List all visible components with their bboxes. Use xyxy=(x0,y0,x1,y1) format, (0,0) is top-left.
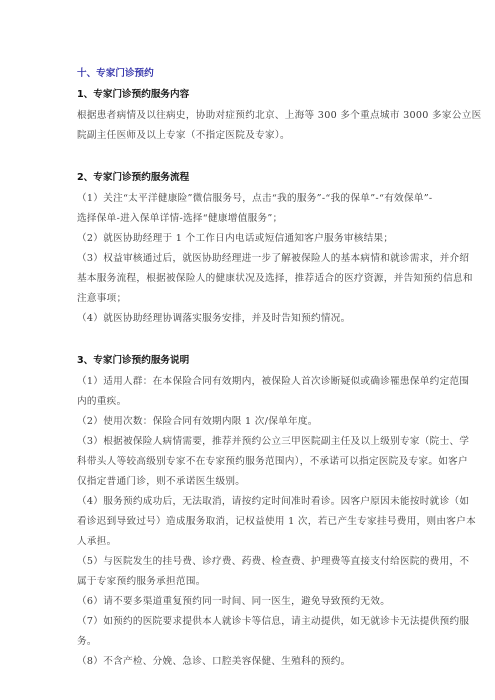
subsection-heading-service-notes: 3、专家门诊预约服务说明 xyxy=(77,350,417,372)
paragraph-line: （1）关注“太平洋健康险”微信服务号，点击“我的服务”-“我的保单”-“有效保单… xyxy=(77,189,417,209)
document-content: 十、专家门诊预约 1、专家门诊预约服务内容 根据患者病情及以往病史，协助对症预约… xyxy=(77,64,417,672)
paragraph-line: （3）根据被保险人病情需要，推荐并预约公立三甲医院副主任及以上级别专家（院士、学 xyxy=(77,432,417,452)
paragraph-line: （4）服务预约成功后，无法取消，请按约定时间准时看诊。因客户原因未能按时就诊（如 xyxy=(77,492,417,512)
section-title: 十、专家门诊预约 xyxy=(77,64,417,84)
paragraph-line: 仅指定普通门诊，则不承诺医生级别。 xyxy=(77,472,417,492)
paragraph-line: （8）不含产检、分娩、急诊、口腔美容保健、生殖科的预约。 xyxy=(77,652,417,672)
paragraph-line: 注意事项； xyxy=(77,289,417,309)
paragraph-line: 选择保单-进入保单详情-选择“健康增值服务”； xyxy=(77,209,417,229)
spacer xyxy=(77,146,417,167)
paragraph-line: （2）使用次数：保险合同有效期内限 1 次/保单年度。 xyxy=(77,412,417,432)
paragraph-line: 根据患者病情及以往病史，协助对症预约北京、上海等 300 多个重点城市 3000… xyxy=(77,106,417,126)
paragraph-line: 院副主任医师及以上专家（不指定医院及专家）。 xyxy=(77,126,417,146)
paragraph-line: 看诊迟到导致过号）造成服务取消，记权益使用 1 次，若已产生专家挂号费用，则由客… xyxy=(77,512,417,532)
paragraph-line: （1）适用人群：在本保险合同有效期内，被保险人首次诊断疑似或确诊罹患保单约定范围 xyxy=(77,372,417,392)
paragraph-line: （4）就医协助经理协调落实服务安排，并及时告知预约情况。 xyxy=(77,309,417,329)
paragraph-line: 属于专家预约服务承担范围。 xyxy=(77,572,417,592)
paragraph-line: （5）与医院发生的挂号费、诊疗费、药费、检查费、护理费等直接支付给医院的费用，不 xyxy=(77,552,417,572)
paragraph-line: 内的重疾。 xyxy=(77,392,417,412)
paragraph-line: （6）请不要多渠道重复预约同一时间、同一医生，避免导致预约无效。 xyxy=(77,592,417,612)
subsection-heading-service-process: 2、专家门诊预约服务流程 xyxy=(77,167,417,189)
paragraph-line: 务。 xyxy=(77,632,417,652)
paragraph-line: （3）权益审核通过后，就医协助经理进一步了解被保险人的基本病情和就诊需求，并介绍 xyxy=(77,249,417,269)
paragraph-line: 人承担。 xyxy=(77,532,417,552)
subsection-heading-service-content: 1、专家门诊预约服务内容 xyxy=(77,84,417,106)
paragraph-line: （7）如预约的医院要求提供本人就诊卡等信息，请主动提供，如无就诊卡无法提供预约服 xyxy=(77,612,417,632)
paragraph-line: 基本服务流程，根据被保险人的健康状况及选择，推荐适合的医疗资源，并告知预约信息和 xyxy=(77,269,417,289)
paragraph-line: （2）就医协助经理于 1 个工作日内电话或短信通知客户服务审核结果； xyxy=(77,229,417,249)
paragraph-line: 科带头人等较高级别专家不在专家预约服务范围内），不承诺可以指定医院及专家。如客户 xyxy=(77,452,417,472)
document-page: 十、专家门诊预约 1、专家门诊预约服务内容 根据患者病情及以往病史，协助对症预约… xyxy=(0,0,495,700)
spacer xyxy=(77,329,417,350)
